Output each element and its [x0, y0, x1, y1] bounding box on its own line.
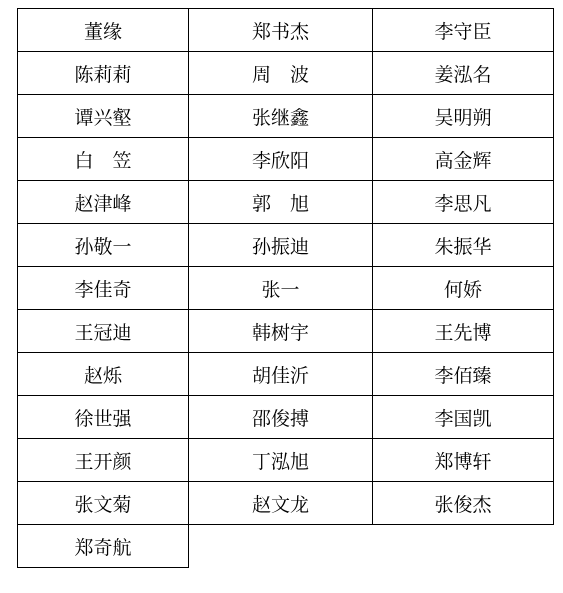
table-row: 李佳奇张一何娇: [18, 267, 554, 310]
table-cell: 李守臣: [373, 9, 554, 52]
table-cell: 韩树宇: [189, 310, 373, 353]
table-cell: 郑博轩: [373, 439, 554, 482]
table-row: 徐世强邵俊搏李国凯: [18, 396, 554, 439]
table-cell: 张继鑫: [189, 95, 373, 138]
table-cell: 丁泓旭: [189, 439, 373, 482]
table-row: 白 笠李欣阳高金辉: [18, 138, 554, 181]
table-cell: 赵烁: [18, 353, 189, 396]
table-cell: 赵津峰: [18, 181, 189, 224]
table-cell: 张一: [189, 267, 373, 310]
table-cell: 高金辉: [373, 138, 554, 181]
table-cell: 何娇: [373, 267, 554, 310]
table-row: 谭兴壑张继鑫吴明朔: [18, 95, 554, 138]
table-row: 郑奇航: [18, 525, 554, 568]
table-cell: 张俊杰: [373, 482, 554, 525]
table-cell: 董缘: [18, 9, 189, 52]
table-cell: 徐世强: [18, 396, 189, 439]
table-row: 孙敬一孙振迪朱振华: [18, 224, 554, 267]
table-row: 王开颜丁泓旭郑博轩: [18, 439, 554, 482]
table-cell: 李欣阳: [189, 138, 373, 181]
table-cell: 郭 旭: [189, 181, 373, 224]
names-table: 董缘郑书杰李守臣陈莉莉周 波姜泓名谭兴壑张继鑫吴明朔白 笠李欣阳高金辉赵津峰郭 …: [17, 8, 554, 568]
table-cell: 白 笠: [18, 138, 189, 181]
table-row: 董缘郑书杰李守臣: [18, 9, 554, 52]
table-row: 陈莉莉周 波姜泓名: [18, 52, 554, 95]
table-cell: 孙振迪: [189, 224, 373, 267]
table-cell: 吴明朔: [373, 95, 554, 138]
table-row: 赵津峰郭 旭李思凡: [18, 181, 554, 224]
table-cell: 王开颜: [18, 439, 189, 482]
table-cell: 周 波: [189, 52, 373, 95]
table-cell: 姜泓名: [373, 52, 554, 95]
table-cell: 张文菊: [18, 482, 189, 525]
empty-cell: [373, 525, 554, 568]
table-cell: 赵文龙: [189, 482, 373, 525]
table-cell: 李思凡: [373, 181, 554, 224]
table-cell: 邵俊搏: [189, 396, 373, 439]
table-cell: 孙敬一: [18, 224, 189, 267]
table-cell: 李佳奇: [18, 267, 189, 310]
table-row: 张文菊赵文龙张俊杰: [18, 482, 554, 525]
table-cell: 王先博: [373, 310, 554, 353]
table-row: 王冠迪韩树宇王先博: [18, 310, 554, 353]
table-row: 赵烁胡佳沂李佰臻: [18, 353, 554, 396]
table-cell: 朱振华: [373, 224, 554, 267]
table-cell: 陈莉莉: [18, 52, 189, 95]
table-cell: 郑奇航: [18, 525, 189, 568]
table-cell: 郑书杰: [189, 9, 373, 52]
empty-cell: [189, 525, 373, 568]
table-cell: 李国凯: [373, 396, 554, 439]
table-cell: 谭兴壑: [18, 95, 189, 138]
table-cell: 胡佳沂: [189, 353, 373, 396]
table-cell: 王冠迪: [18, 310, 189, 353]
table-cell: 李佰臻: [373, 353, 554, 396]
document-page: 董缘郑书杰李守臣陈莉莉周 波姜泓名谭兴壑张继鑫吴明朔白 笠李欣阳高金辉赵津峰郭 …: [0, 0, 563, 593]
